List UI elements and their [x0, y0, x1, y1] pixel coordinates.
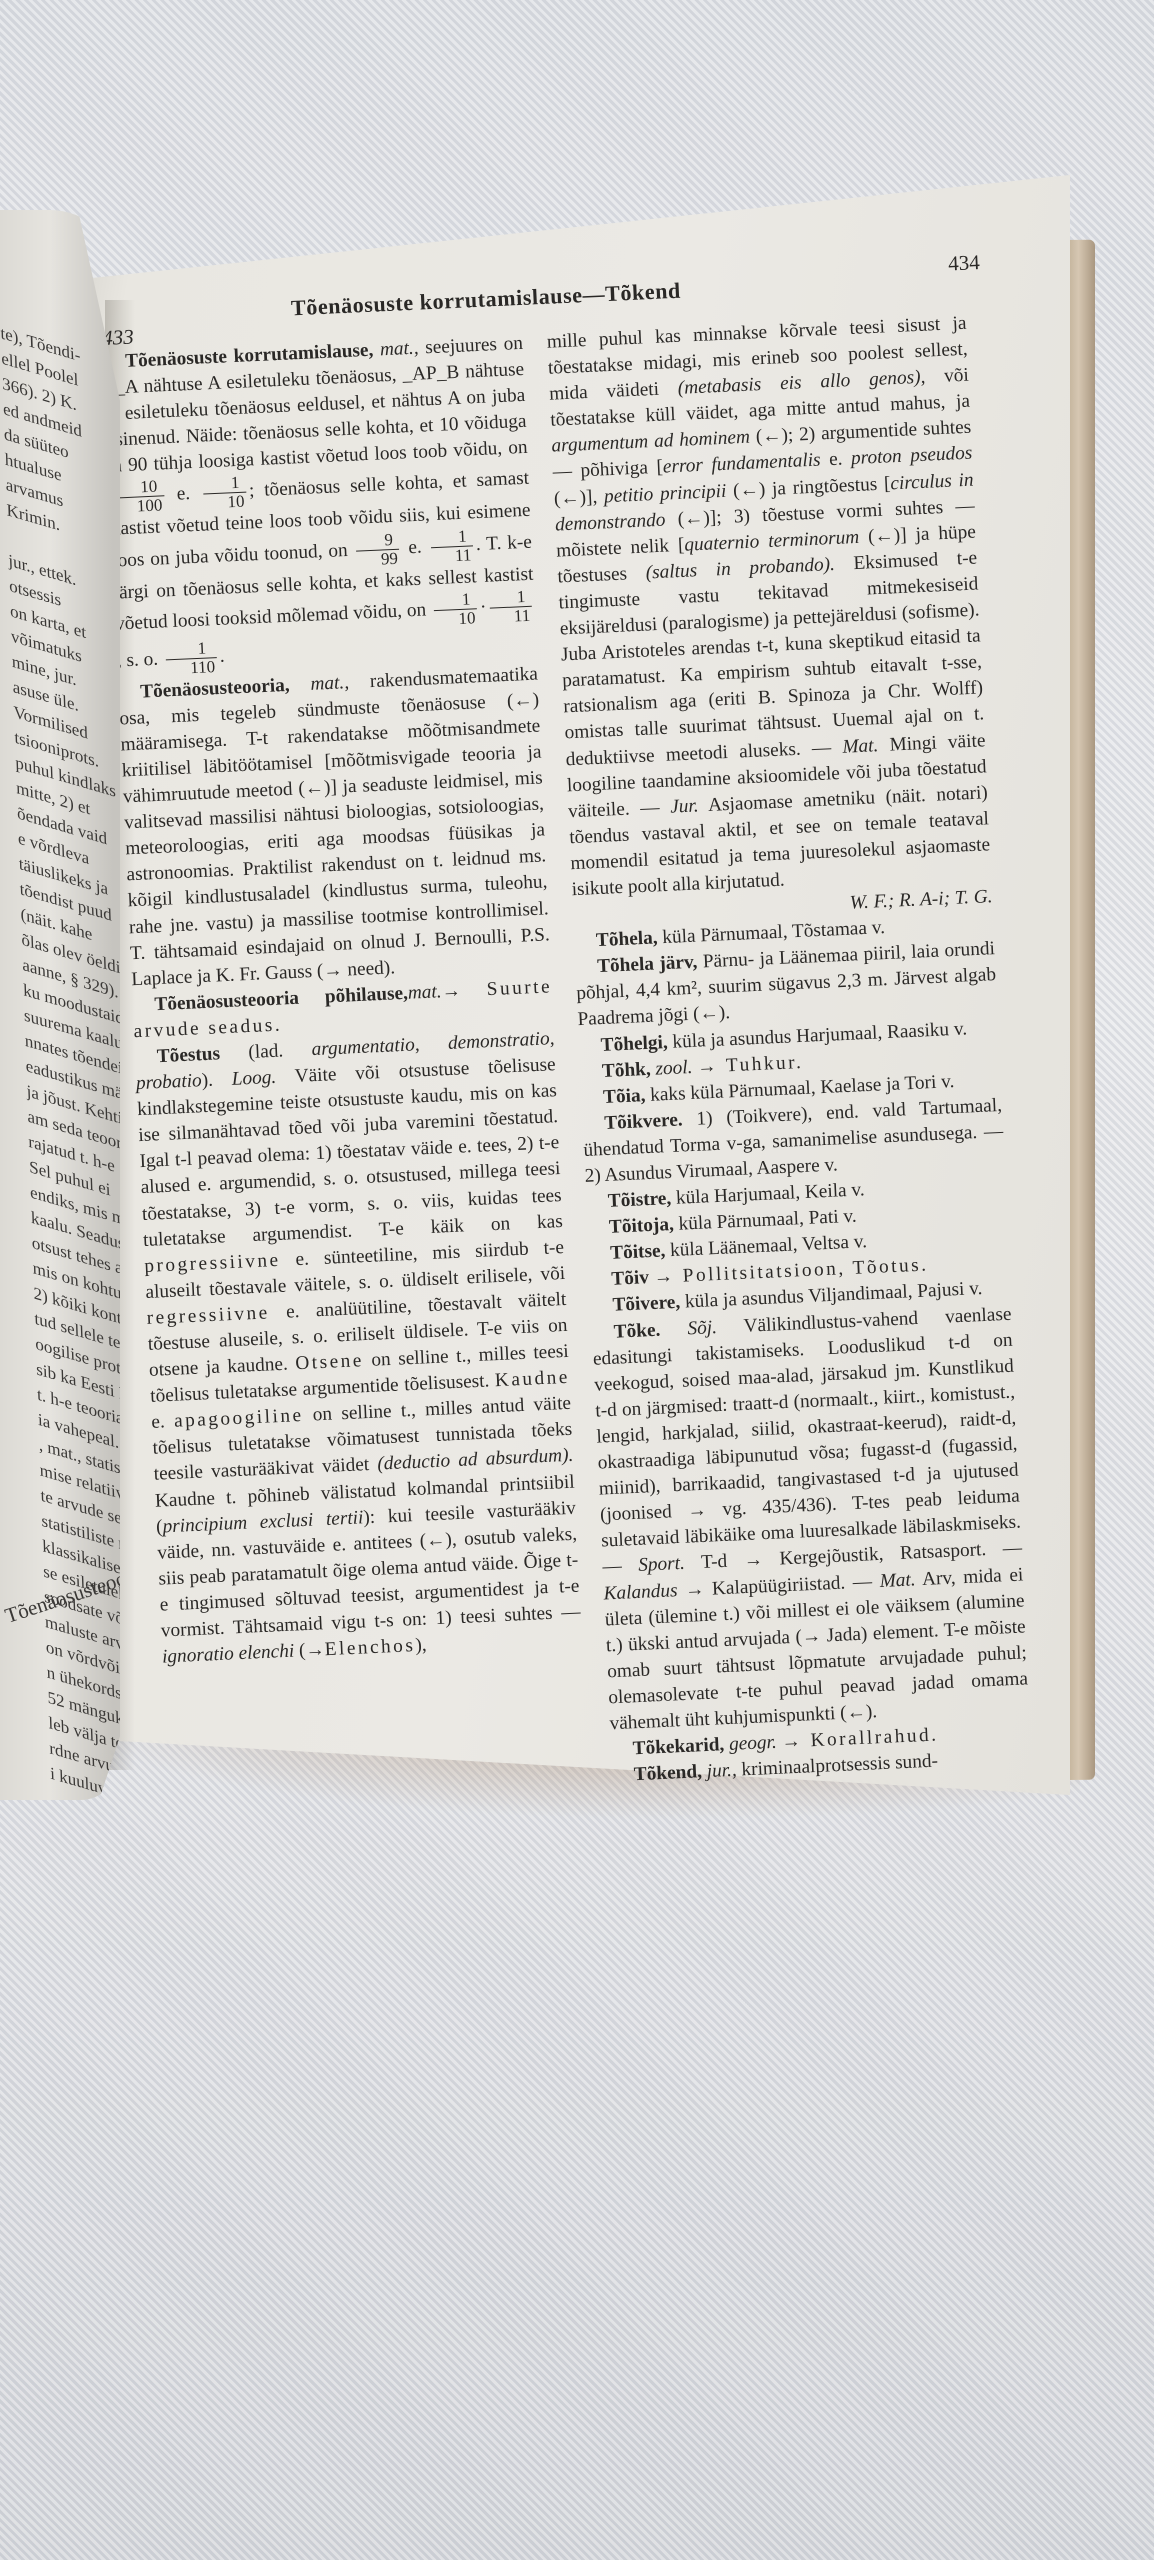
entry-text: e.: [408, 536, 422, 558]
fraction: 1110: [165, 639, 218, 678]
running-title: Tõenäosuste korrutamislause—Tõkend: [290, 278, 681, 322]
entry-text: e.: [829, 449, 843, 471]
page-spread-text: 433 Tõenäosuste korrutamislause—Tõkend 4…: [100, 251, 1038, 1810]
entry-text: (←)],: [553, 486, 597, 509]
latin-term: petitio principii: [604, 480, 727, 507]
entry-text: , s. o.: [116, 648, 158, 671]
abbreviation: Sõj.: [687, 1317, 717, 1339]
entry-toke: Tõke. Sõj. Välikindlustus-vahend vaenlas…: [591, 1301, 1030, 1737]
entry-toestus: Tõestus (lad. argumentatio, demonstratio…: [134, 1026, 582, 1671]
spaced-term: apagoogiline: [174, 1405, 304, 1432]
entry-text: → Kalapüügiriistad. —: [685, 1571, 873, 1600]
abbreviation: Jur.: [670, 795, 699, 817]
headword: Tõkekarid,: [632, 1734, 724, 1759]
spaced-term: Otsene: [295, 1350, 364, 1374]
headword: Tõistre,: [607, 1188, 671, 1212]
fraction: 110: [202, 474, 247, 513]
entry-text: ).: [201, 1070, 213, 1091]
curled-left-page: te), Tõendi-ellel Poolel366). 2) K.ed an…: [0, 210, 120, 1800]
photo-background: 433 Tõenäosuste korrutamislause—Tõkend 4…: [0, 0, 1154, 2560]
denominator: 99: [357, 549, 401, 569]
fraction: 999: [356, 530, 401, 569]
headword: Tõia,: [603, 1085, 646, 1108]
right-column: mille puhul kas minnakse kõrvale teesi s…: [546, 311, 1032, 1790]
page-number-right: 434: [948, 250, 981, 276]
latin-term: principium exclusi tertii: [162, 1507, 364, 1537]
headword: Tõhelgi,: [600, 1032, 668, 1056]
entry-text: rakendusmatemaatika osa, mis tegeleb sün…: [119, 663, 550, 990]
abbreviation: geogr.: [729, 1732, 778, 1755]
headword: Tõiv: [611, 1268, 649, 1291]
abbreviation: mat.: [407, 981, 442, 1004]
spaced-term: Kaudne: [494, 1367, 570, 1391]
headword: Tõhela järv,: [597, 952, 698, 978]
denominator: 110: [166, 658, 218, 678]
fraction: 111: [430, 527, 474, 566]
entry-text: Välikindlustus-vahend vaenlase edasitung…: [593, 1303, 1022, 1578]
denominator: 100: [112, 497, 164, 517]
entry-text: ),: [415, 1635, 427, 1656]
headword: Tõkend,: [633, 1761, 702, 1785]
denominator: 11: [431, 546, 474, 566]
abbreviation: Loog.: [231, 1067, 276, 1090]
fraction: 110: [433, 590, 478, 629]
headword: Tõitse,: [610, 1241, 666, 1264]
headword: Tõestus: [156, 1043, 220, 1067]
entry-text: e.: [176, 484, 190, 506]
spaced-term: regressiivne: [146, 1302, 270, 1329]
spaced-term: progressiivne: [144, 1250, 281, 1277]
entry-text: on selline t., milles antud väite tõelis…: [152, 1393, 573, 1485]
headword: Tõenäosusteooria,: [140, 674, 290, 702]
entry-toenaosuste-korrutamislause: Tõenäosuste korrutamislause, mat., seeju…: [103, 331, 538, 680]
entry-text: (→: [299, 1639, 326, 1661]
denominator: 10: [434, 609, 478, 629]
latin-term: (deductio ad absurdum).: [377, 1445, 574, 1475]
denominator: 11: [489, 606, 532, 626]
abbreviation: mat.,: [380, 338, 419, 361]
headword: Tõikvere.: [604, 1109, 683, 1134]
entry-text: (←) ja ringtõestus [: [733, 473, 891, 501]
abbreviation: mat.,: [310, 672, 349, 695]
latin-term: ignoratio elenchi: [162, 1641, 295, 1668]
entry-text: (lad.: [248, 1040, 284, 1063]
headword: Tõke.: [613, 1319, 661, 1342]
arrow-right-icon: →: [441, 980, 461, 1002]
latin-term: proton pseudos: [851, 443, 973, 469]
fraction: 111: [489, 587, 533, 626]
entry-toestus-continued: mille puhul kas minnakse kõrvale teesi s…: [546, 311, 992, 904]
two-column-body: Tõenäosuste korrutamislause, mat., seeju…: [103, 310, 1038, 1809]
abbreviation: jur.,: [706, 1760, 737, 1782]
entry-toenaosusteooria: Tõenäosusteooria, mat., rakendusmatemaat…: [118, 661, 552, 993]
latin-term: quaternio terminorum: [684, 527, 860, 556]
headword: Tõhela,: [596, 928, 658, 952]
denominator: 10: [203, 493, 247, 513]
abbreviation: Sport.: [638, 1553, 686, 1576]
headword: Tõitoja,: [609, 1214, 675, 1238]
entry-text: e.: [151, 1412, 165, 1434]
latin-term: argumentum ad hominem: [551, 427, 750, 457]
abbreviation: Kalandus: [603, 1580, 678, 1604]
cross-reference: Elenchos: [324, 1635, 416, 1660]
headword: Tõivere,: [612, 1292, 681, 1316]
latin-term: (saltus in probando).: [645, 554, 835, 584]
abbreviation: zool.: [655, 1057, 693, 1080]
cross-reference: → Tuhkur.: [697, 1052, 804, 1078]
headword: Tõhk,: [601, 1058, 651, 1081]
left-column: Tõenäosuste korrutamislause, mat., seeju…: [103, 331, 589, 1810]
cross-reference: → Korallrahud.: [781, 1725, 939, 1753]
abbreviation: Mat.: [842, 735, 879, 758]
abbreviation: Mat.: [879, 1569, 916, 1592]
latin-term: error fundamentalis: [662, 450, 821, 478]
